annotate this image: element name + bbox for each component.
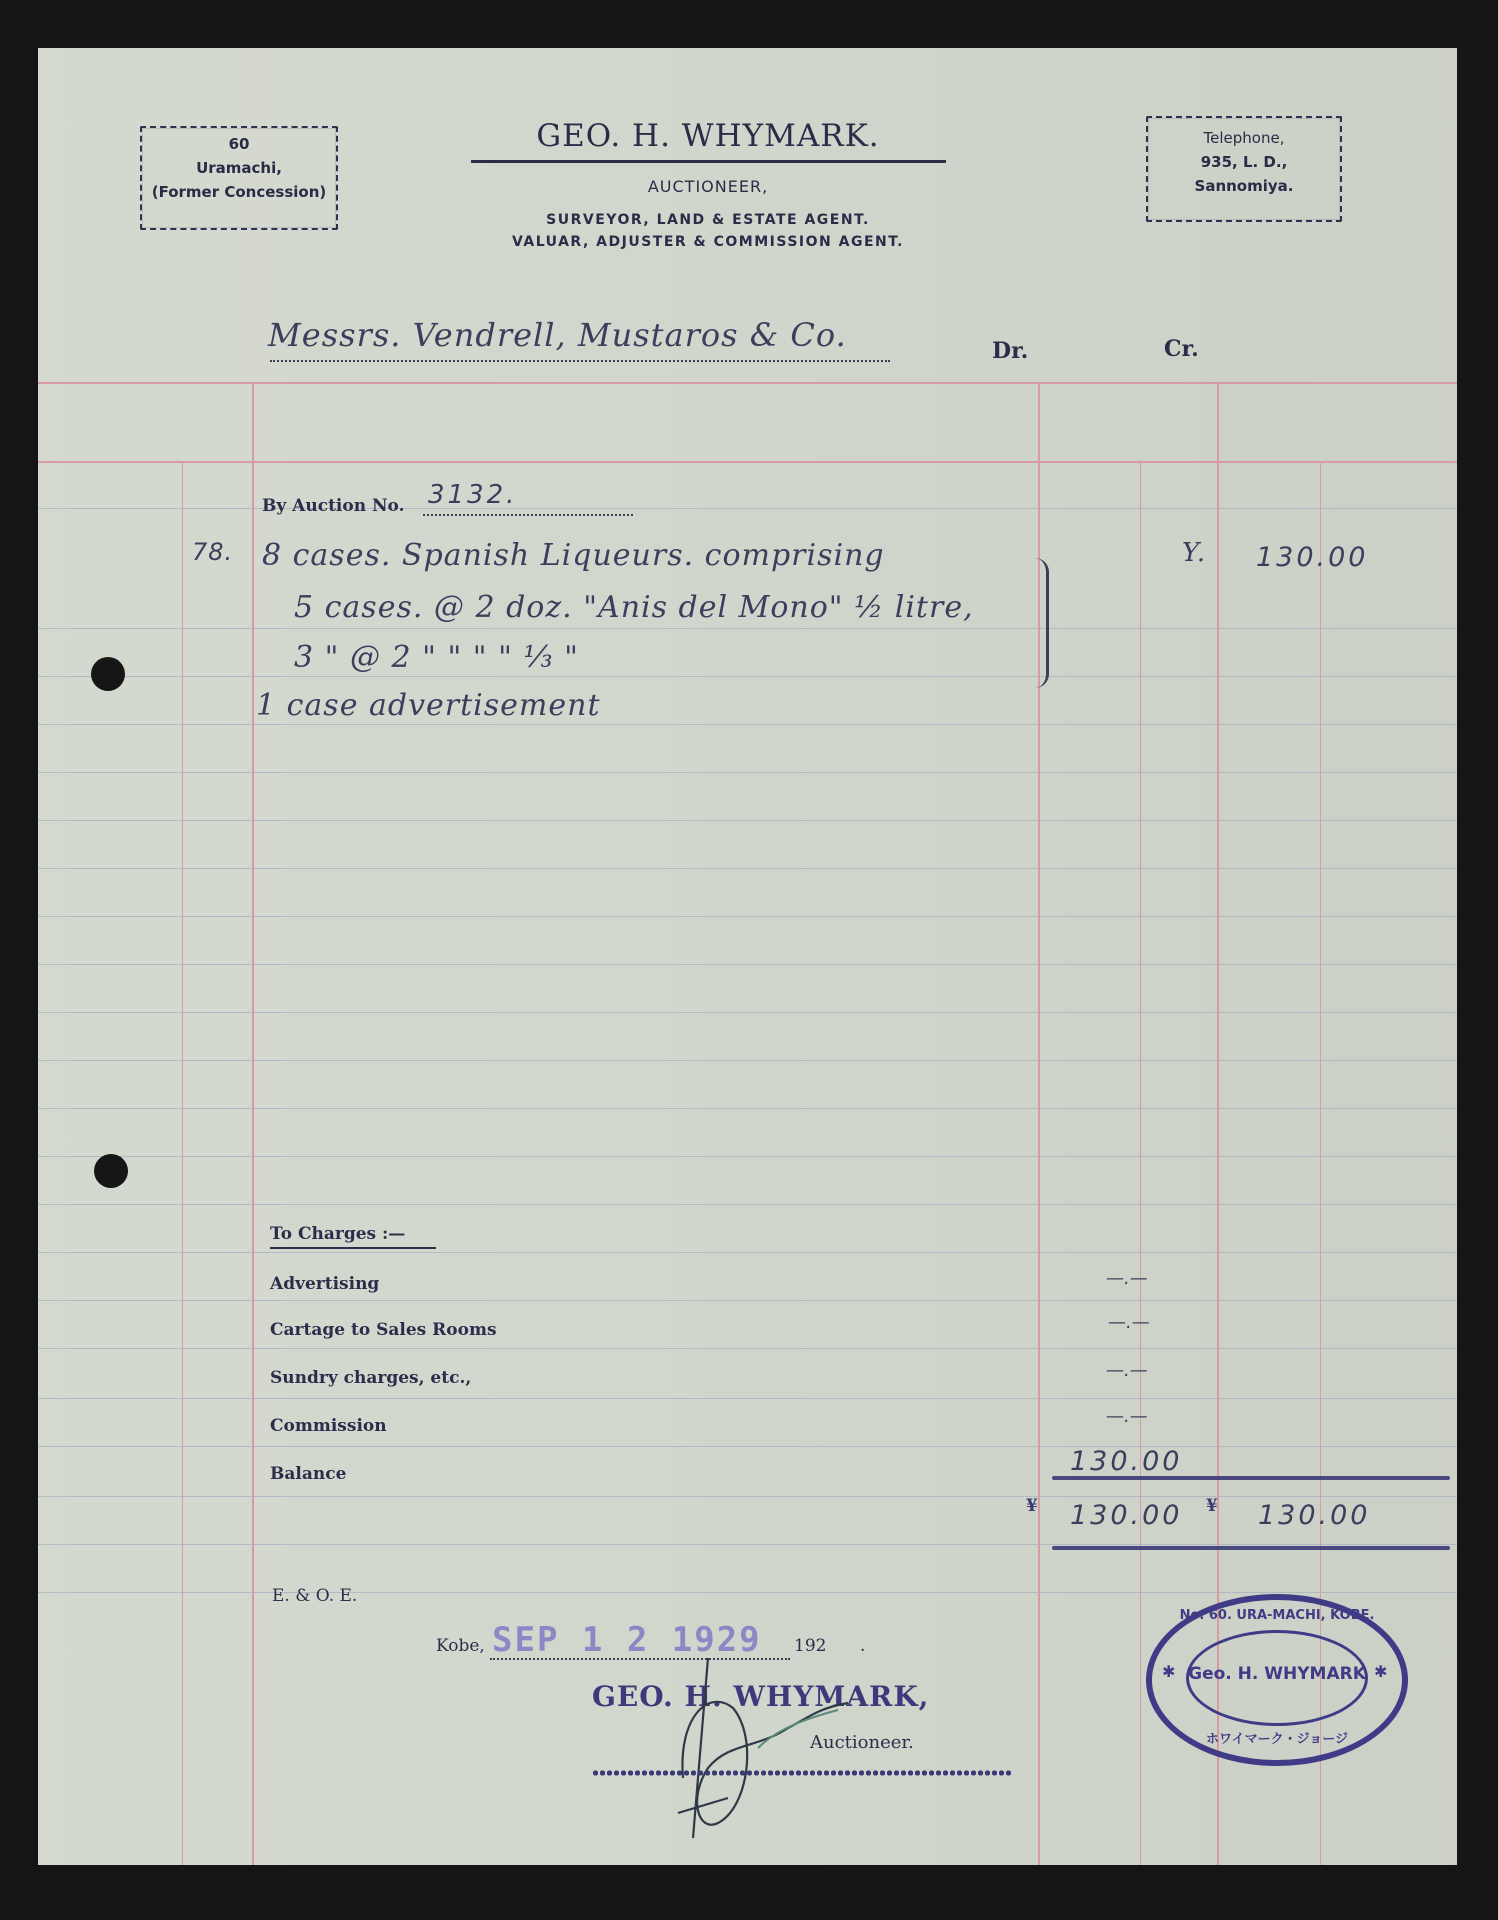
charge-value-cartage: —.—: [1108, 1312, 1150, 1333]
balance-rule: [1052, 1476, 1450, 1480]
total-rule: [1052, 1546, 1450, 1550]
charge-label-balance: Balance: [270, 1464, 346, 1484]
auction-label: By Auction No.: [262, 496, 405, 516]
total-cr: 130.00: [1258, 1500, 1370, 1531]
address-line: (Former Concession): [142, 180, 336, 204]
charge-value-balance: 130.00: [1070, 1446, 1182, 1477]
seal-ornament-right: ✱: [1374, 1662, 1387, 1681]
auction-dotted-line: [423, 514, 633, 516]
handwritten-signature: [638, 1648, 868, 1848]
charge-value-commission: —.—: [1106, 1406, 1148, 1427]
eoe-note: E. & O. E.: [272, 1586, 357, 1606]
addressee: Messrs. Vendrell, Mustaros & Co.: [268, 316, 847, 354]
firm-name: GEO. H. WHYMARK.: [388, 118, 1028, 154]
address-box: 60 Uramachi, (Former Concession): [140, 126, 338, 230]
telephone-box: Telephone, 935, L. D., Sannomiya.: [1146, 116, 1342, 222]
place-label: Kobe,: [436, 1636, 485, 1656]
lot-amount: 130.00: [1256, 542, 1368, 573]
seal-center-text: Geo. H. WHYMARK: [1152, 1664, 1402, 1684]
seal-bottom-text: ホワイマーク・ジョージ: [1152, 1728, 1402, 1747]
charge-label-cartage: Cartage to Sales Rooms: [270, 1320, 497, 1340]
addressee-dotted-line: [270, 360, 890, 362]
letterhead-center: GEO. H. WHYMARK. AUCTIONEER, SURVEYOR, L…: [388, 118, 1028, 250]
telephone-line: Telephone,: [1148, 126, 1340, 150]
profession: AUCTIONEER,: [388, 177, 1028, 196]
lot-line: 1 case advertisement: [256, 688, 601, 723]
invoice-page: 60 Uramachi, (Former Concession) GEO. H.…: [38, 48, 1457, 1865]
cr-label: Cr.: [1164, 336, 1199, 362]
lot-line: 5 cases. @ 2 doz. "Anis del Mono" ½ litr…: [294, 590, 974, 625]
charge-label-advertising: Advertising: [270, 1274, 379, 1294]
signature-rule: [592, 1770, 1012, 1776]
lot-brace: [1032, 558, 1049, 688]
seal-top-text: No. 60. URA-MACHI, KOBE.: [1152, 1608, 1402, 1623]
company-seal: No. 60. URA-MACHI, KOBE. Geo. H. WHYMARK…: [1146, 1594, 1408, 1766]
lot-currency: Y.: [1182, 538, 1206, 568]
address-line: Uramachi,: [142, 156, 336, 180]
charge-value-advertising: —.—: [1106, 1268, 1148, 1289]
total-cr-currency: ¥: [1206, 1496, 1218, 1516]
auction-number: 3132.: [428, 480, 517, 510]
total-dr-currency: ¥: [1026, 1496, 1038, 1516]
charges-heading-underline: [270, 1247, 436, 1249]
charge-value-sundry: —.—: [1106, 1360, 1148, 1381]
punch-hole: [91, 657, 125, 691]
punch-hole: [94, 1154, 128, 1188]
seal-ornament-left: ✱: [1162, 1662, 1175, 1681]
services-line-2: VALUAR, ADJUSTER & COMMISSION AGENT.: [388, 234, 1028, 250]
lot-number: 78.: [192, 538, 233, 566]
lot-line: 3 " @ 2 " " " " ⅓ ": [294, 640, 579, 675]
lot-line: 8 cases. Spanish Liqueurs. comprising: [262, 538, 885, 573]
telephone-line: 935, L. D.,: [1148, 150, 1340, 174]
charge-label-sundry: Sundry charges, etc.,: [270, 1368, 471, 1388]
telephone-line: Sannomiya.: [1148, 174, 1340, 198]
charges-heading: To Charges :—: [270, 1224, 405, 1244]
total-dr: 130.00: [1070, 1500, 1182, 1531]
dr-label: Dr.: [992, 338, 1028, 364]
address-line: 60: [142, 132, 336, 156]
firm-name-underline: [471, 160, 946, 163]
services-line-1: SURVEYOR, LAND & ESTATE AGENT.: [388, 212, 1028, 228]
charge-label-commission: Commission: [270, 1416, 387, 1436]
